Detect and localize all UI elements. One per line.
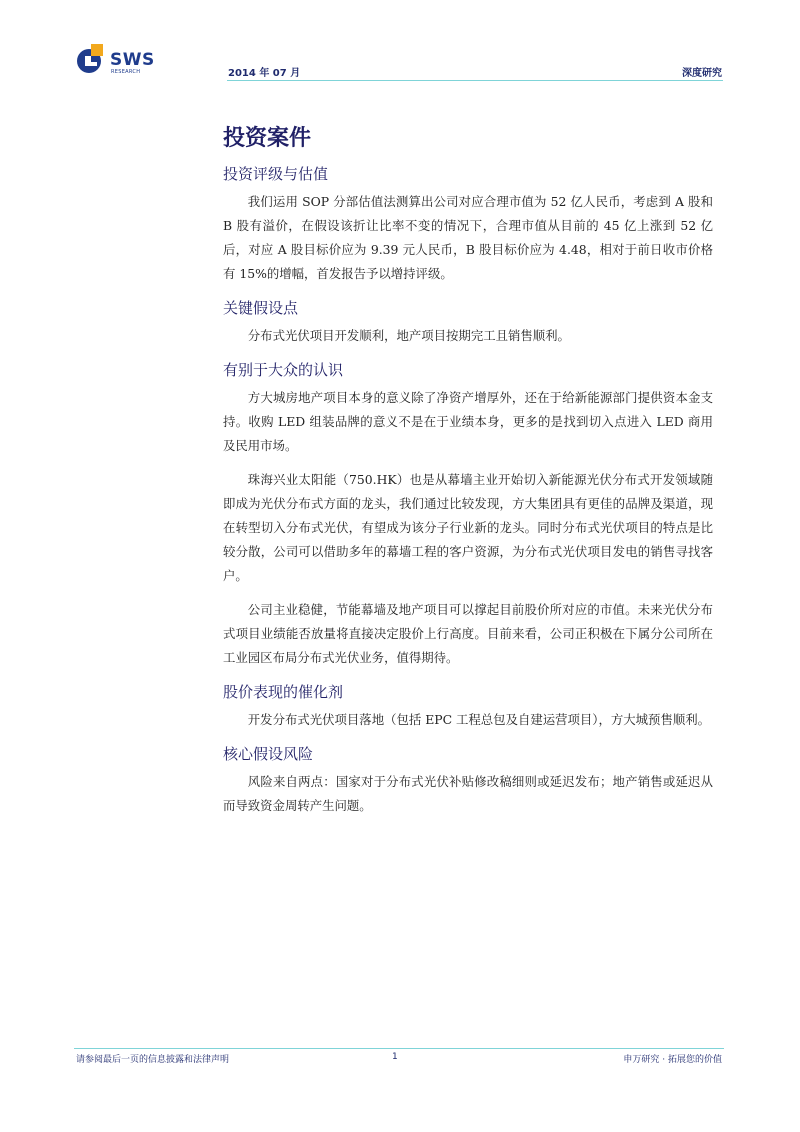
paragraph: 我们运用 SOP 分部估值法测算出公司对应合理市值为 52 亿人民币，考虑到 A… bbox=[223, 190, 713, 286]
section-heading: 投资评级与估值 bbox=[223, 162, 713, 186]
page-title: 投资案件 bbox=[223, 124, 713, 154]
page-number: 1 bbox=[392, 1052, 398, 1062]
paragraph: 风险来自两点：国家对于分布式光伏补贴修改稿细则或延迟发布；地产销售或延迟从而导致… bbox=[223, 770, 713, 818]
section-heading: 有别于大众的认识 bbox=[223, 358, 713, 382]
sws-logo: SWS RESEARCH bbox=[76, 40, 166, 80]
section-catalysts: 股价表现的催化剂 开发分布式光伏项目落地（包括 EPC 工程总包及自建运营项目）… bbox=[223, 680, 713, 732]
logo-subtext: RESEARCH bbox=[111, 69, 140, 75]
paragraph: 开发分布式光伏项目落地（包括 EPC 工程总包及自建运营项目），方大城预售顺利。 bbox=[223, 708, 713, 732]
paragraph: 公司主业稳健，节能幕墙及地产项目可以撑起目前股价所对应的市值。未来光伏分布式项目… bbox=[223, 598, 713, 670]
paragraph: 珠海兴业太阳能（750.HK）也是从幕墙主业开始切入新能源光伏分布式开发领域随即… bbox=[223, 468, 713, 588]
section-heading: 核心假设风险 bbox=[223, 742, 713, 766]
section-key-assumptions: 关键假设点 分布式光伏项目开发顺利，地产项目按期完工且销售顺利。 bbox=[223, 296, 713, 348]
section-rating: 投资评级与估值 我们运用 SOP 分部估值法测算出公司对应合理市值为 52 亿人… bbox=[223, 162, 713, 286]
footer-divider bbox=[74, 1048, 724, 1049]
section-risks: 核心假设风险 风险来自两点：国家对于分布式光伏补贴修改稿细则或延迟发布；地产销售… bbox=[223, 742, 713, 818]
footer-slogan: 申万研究 · 拓展您的价值 bbox=[623, 1052, 722, 1065]
section-heading: 关键假设点 bbox=[223, 296, 713, 320]
report-date: 2014 年 07 月 bbox=[228, 64, 300, 79]
logo-text: SWS bbox=[110, 50, 155, 70]
document-body: 投资案件 投资评级与估值 我们运用 SOP 分部估值法测算出公司对应合理市值为 … bbox=[223, 124, 713, 828]
section-heading: 股价表现的催化剂 bbox=[223, 680, 713, 704]
header-divider bbox=[227, 80, 723, 81]
section-differentiated-view: 有别于大众的认识 方大城房地产项目本身的意义除了净资产增厚外，还在于给新能源部门… bbox=[223, 358, 713, 670]
footer-disclaimer: 请参阅最后一页的信息披露和法律声明 bbox=[76, 1052, 229, 1065]
sws-logo-icon bbox=[76, 44, 106, 74]
paragraph: 分布式光伏项目开发顺利，地产项目按期完工且销售顺利。 bbox=[223, 324, 713, 348]
report-type: 深度研究 bbox=[682, 64, 722, 79]
paragraph: 方大城房地产项目本身的意义除了净资产增厚外，还在于给新能源部门提供资本金支持。收… bbox=[223, 386, 713, 458]
